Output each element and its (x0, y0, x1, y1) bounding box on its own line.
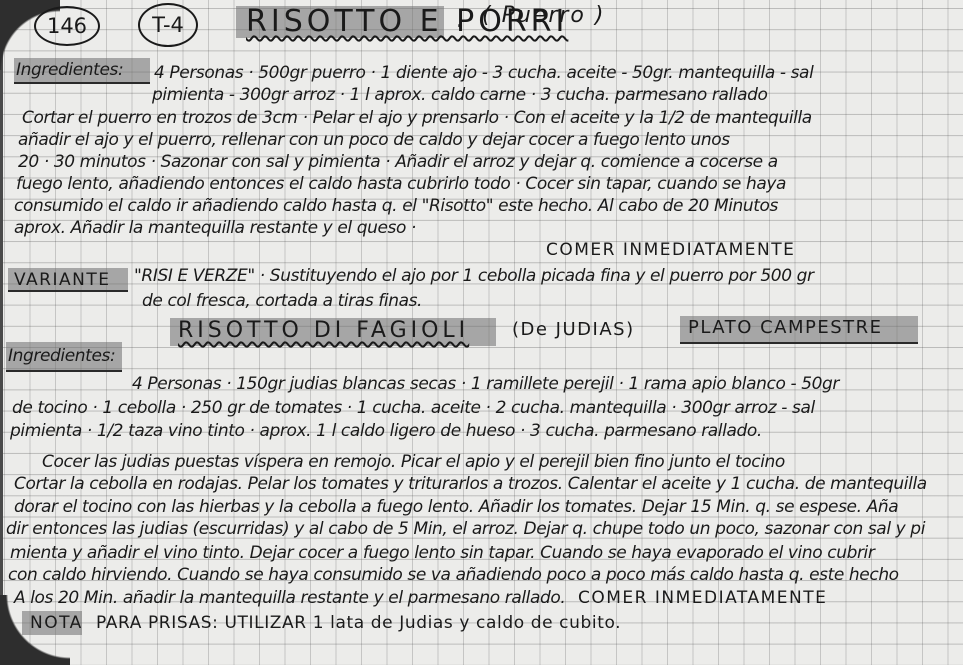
recipe2-method-line: A los 20 Min. añadir la mantequilla rest… (14, 588, 565, 608)
page-edge (0, 0, 3, 665)
variant-line: "RISI E VERZE" · Sustituyendo el ajo por… (134, 266, 814, 286)
recipe2-method-line: Cocer las judias puestas víspera en remo… (42, 452, 785, 472)
recipe2-method-line: dir entonces las judias (escurridas) y a… (6, 519, 925, 539)
recipe1-method-line: fuego lento, añadiendo entonces el caldo… (16, 174, 786, 194)
recipe2-method-line: dorar el tocino con las hierbas y la ceb… (14, 497, 898, 517)
recipe2-title: RISOTTO DI FAGIOLI (178, 318, 469, 343)
recipe1-serve-now: COMER INMEDIATAMENTE (546, 240, 795, 260)
recipe1-method-line: consumido el caldo ir añadiendo caldo ha… (14, 196, 778, 216)
page-number: 146 (47, 14, 87, 38)
page-number-badge: 146 (34, 6, 100, 46)
recipe1-method-line: aprox. Añadir la mantequilla restante y … (14, 218, 416, 238)
recipe2-ingredients-label: Ingredientes: (8, 346, 115, 366)
note-text: PARA PRISAS: UTILIZAR 1 lata de Judias y… (96, 613, 621, 633)
recipe2-badge: PLATO CAMPESTRE (688, 318, 883, 338)
recipe2-subtitle: (De JUDIAS) (512, 320, 635, 340)
recipe2-ingredients-line: de tocino · 1 cebolla · 250 gr de tomate… (12, 398, 815, 418)
recipe1-ingredients-line: 4 Personas · 500gr puerro · 1 diente ajo… (154, 63, 813, 83)
variant-line: de col fresca, cortada a tiras finas. (142, 291, 422, 311)
recipe1-method-line: añadir el ajo y el puerro, rellenar con … (18, 130, 730, 150)
recipe2-method-line: mienta y añadir el vino tinto. Dejar coc… (10, 543, 874, 563)
recipe2-method-line: con caldo hirviendo. Cuando se haya cons… (8, 565, 899, 585)
section-tag-badge: T-4 (138, 3, 198, 47)
note-label: NOTA (30, 613, 83, 633)
recipe1-method-line: 20 · 30 minutos · Sazonar con sal y pimi… (18, 152, 778, 172)
recipe1-subtitle: ( Puerro ) (482, 6, 605, 26)
recipe2-method-line: Cortar la cebolla en rodajas. Pelar los … (14, 474, 927, 494)
recipe1-method-line: Cortar el puerro en trozos de 3cm · Pela… (22, 108, 812, 128)
section-tag: T-4 (152, 13, 184, 37)
recipe2-serve-now: COMER INMEDIATAMENTE (578, 588, 827, 608)
recipe1-ingredients-line: pimienta - 300gr arroz · 1 l aprox. cald… (152, 85, 768, 105)
variant-label: VARIANTE (14, 270, 110, 290)
recipe2-ingredients-line: 4 Personas · 150gr judias blancas secas … (132, 374, 839, 394)
recipe2-ingredients-line: pimienta · 1/2 taza vino tinto · aprox. … (10, 421, 762, 441)
recipe1-title-dot: . (456, 8, 467, 33)
recipe1-ingredients-label: Ingredientes: (16, 60, 123, 80)
